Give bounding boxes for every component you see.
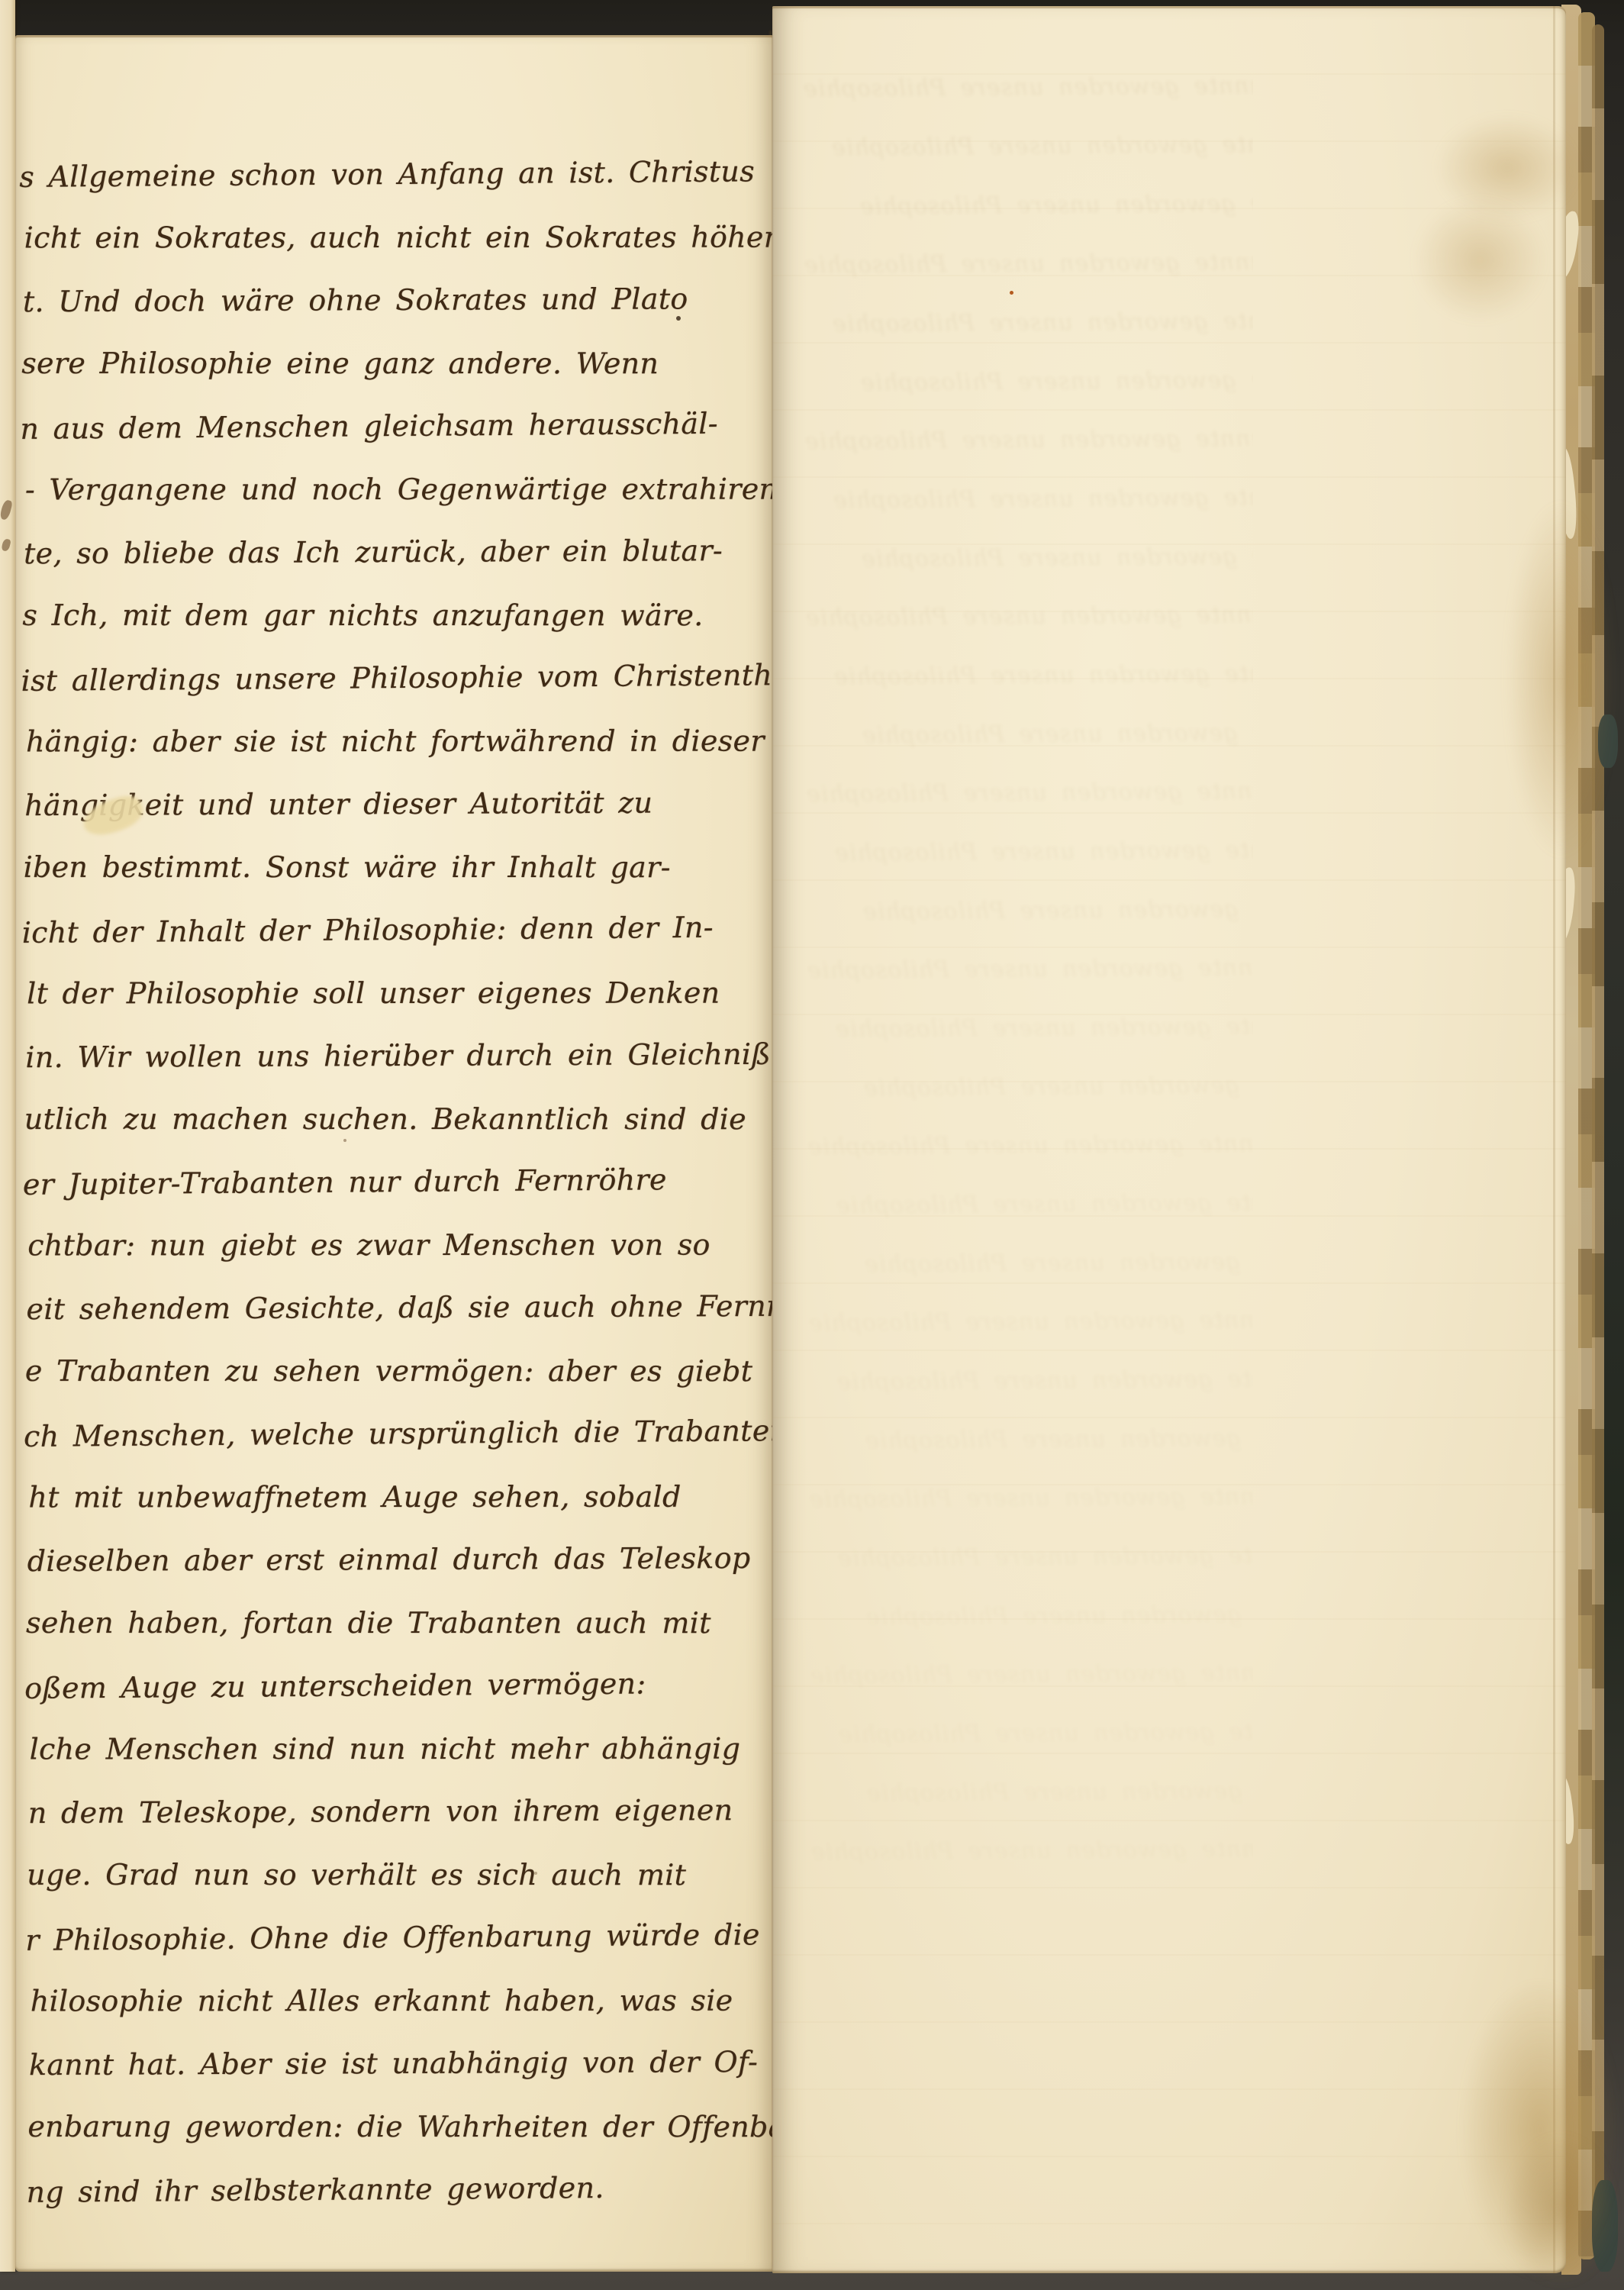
bleedthrough-line: die Wahrheiten der Offenbarung sind ihr … [836, 1185, 1253, 1219]
manuscript-line: utlich zu machen suchen. Bekanntlich sin… [24, 1101, 772, 1165]
bleedthrough-line: die Wahrheiten der Offenbarung sind ihr … [834, 832, 1253, 866]
ink-speck [1010, 291, 1013, 295]
bleedthrough-line: die Wahrheiten der Offenbarung sind ihr … [835, 1008, 1253, 1043]
manuscript-line: oßem Auge zu unterscheiden vermögen: [24, 1666, 772, 1734]
manuscript-line: hilosophie nicht Alles erkannt haben, wa… [31, 1983, 772, 2046]
manuscript-line: - Vergangene und noch Gegenwärtige extra… [25, 472, 770, 535]
bleedthrough-line: die Wahrheiten der Offenbarung sind ihr … [836, 1361, 1253, 1395]
manuscript-text-block: s Allgemeine schon von Anfang an ist. Ch… [22, 156, 772, 2237]
ink-speck [676, 316, 681, 321]
bleedthrough-line: die Wahrheiten der Offenbarung sind ihr … [862, 891, 1253, 925]
manuscript-line: iben bestimmt. Sonst wäre ihr Inhalt gar… [24, 850, 772, 913]
book-scan: die Wahrheiten der Offenbarung sind ihr … [0, 0, 1624, 2290]
bleedthrough-line: die Wahrheiten der Offenbarung sind ihr … [807, 950, 1253, 984]
manuscript-line: s Ich, mit dem gar nichts anzufangen wär… [22, 598, 770, 661]
stain [1507, 504, 1614, 855]
manuscript-line: ist allerdings unsere Philosophie vom Ch… [21, 658, 771, 727]
bleedthrough-line: die Wahrheiten der Offenbarung sind ihr … [860, 362, 1253, 396]
manuscript-line: s Allgemeine schon von Anfang an ist. Ch… [19, 154, 769, 223]
bleedthrough-line: die Wahrheiten der Offenbarung sind ihr … [831, 127, 1253, 161]
manuscript-line: n dem Teleskope, sondern von ihrem eigen… [28, 1793, 772, 1859]
bleedthrough-line: die Wahrheiten der Offenbarung sind ihr … [838, 1714, 1253, 1748]
manuscript-line: kannt hat. Aber sie ist unabhängig von d… [29, 2045, 772, 2111]
bleedthrough-line: die Wahrheiten der Offenbarung sind ihr … [804, 421, 1253, 455]
manuscript-line: enbarung geworden: die Wahrheiten der Of… [27, 2109, 772, 2172]
ink-speck [534, 1872, 537, 1875]
bleedthrough-line: die Wahrheiten der Offenbarung sind ihr … [810, 1655, 1253, 1689]
page-edge-deckle [1561, 5, 1624, 2275]
edge-crease [1553, 6, 1555, 2273]
bleedthrough-line: die Wahrheiten der Offenbarung sind ihr … [865, 1420, 1253, 1454]
bleedthrough-line: die Wahrheiten der Offenbarung sind ihr … [809, 1479, 1253, 1513]
manuscript-line: icht ein Sokrates, auch nicht ein Sokrat… [24, 220, 769, 283]
manuscript-line: n aus dem Menschen gleichsam herausschäl… [20, 406, 770, 475]
manuscript-line: lt der Philosophie soll unser eigenes De… [27, 976, 772, 1039]
ink-trace [1, 538, 11, 552]
manuscript-line: ng sind ihr selbsterkannte geworden. [26, 2169, 772, 2238]
manuscript-line: eit sehendem Gesichte, daß sie auch ohne… [26, 1289, 772, 1356]
bleedthrough-line: die Wahrheiten der Offenbarung sind ihr … [833, 656, 1253, 690]
right-blank-page: die Wahrheiten der Offenbarung sind ihr … [772, 6, 1566, 2273]
bleedthrough-line: die Wahrheiten der Offenbarung sind ihr … [862, 714, 1253, 749]
bleedthrough-line: die Wahrheiten der Offenbarung sind ihr … [807, 1126, 1253, 1160]
manuscript-line: te, so bliebe das Ich zurück, aber ein b… [24, 534, 770, 600]
manuscript-line: hängig: aber sie ist nicht fortwährend i… [26, 724, 771, 787]
bleedthrough-line: die Wahrheiten der Offenbarung sind ihr … [859, 185, 1253, 220]
bleedthrough-line: die Wahrheiten der Offenbarung sind ihr … [808, 1302, 1253, 1337]
manuscript-line: er Jupiter-Trabanten nur durch Fernröhre [23, 1162, 772, 1230]
stain [1507, 2137, 1614, 2282]
ink-trace [0, 499, 13, 521]
bleedthrough-line: die Wahrheiten der Offenbarung sind ihr … [837, 1537, 1253, 1572]
bleedthrough-line: die Wahrheiten der Offenbarung sind ihr … [804, 244, 1253, 279]
manuscript-line: t. Und doch wäre ohne Sokrates und Plato [23, 282, 769, 348]
stain [1413, 197, 1547, 323]
bleedthrough-line: die Wahrheiten der Offenbarung sind ihr … [832, 303, 1253, 337]
bleedthrough-line: die Wahrheiten der Offenbarung sind ihr … [810, 1831, 1253, 1866]
manuscript-line: chtbar: nun giebt es zwar Menschen von s… [27, 1227, 772, 1291]
bleedthrough-line: die Wahrheiten der Offenbarung sind ihr … [864, 1243, 1253, 1278]
manuscript-line: lche Menschen sind nun nicht mehr abhäng… [30, 1731, 772, 1795]
manuscript-line: dieselben aber erst einmal durch das Tel… [27, 1541, 772, 1608]
manuscript-line: uge. Grad nun so verhält es sich auch mi… [27, 1857, 772, 1921]
manuscript-line: ht mit unbewaffnetem Auge sehen, sobald [28, 1479, 772, 1543]
manuscript-line: ch Menschen, welche ursprünglich die Tra… [24, 1414, 772, 1482]
manuscript-line: icht der Inhalt der Philosophie: denn de… [22, 910, 772, 979]
bleedthrough-line: die Wahrheiten der Offenbarung sind ihr … [803, 72, 1253, 102]
bleedthrough-line: die Wahrheiten der Offenbarung sind ihr … [865, 1596, 1253, 1630]
bleedthrough-line: die Wahrheiten der Offenbarung sind ihr … [806, 773, 1253, 808]
bleedthrough-line: die Wahrheiten der Offenbarung sind ihr … [805, 597, 1253, 631]
bleedthrough-line: die Wahrheiten der Offenbarung sind ihr … [861, 538, 1253, 572]
bleedthrough-line: die Wahrheiten der Offenbarung sind ihr … [863, 1067, 1253, 1101]
bleedthrough-line: die Wahrheiten der Offenbarung sind ihr … [866, 1772, 1253, 1807]
bleedthrough-line: die Wahrheiten der Offenbarung sind ihr … [833, 479, 1253, 514]
manuscript-line: r Philosophie. Ohne die Offenbarung würd… [25, 1917, 772, 1986]
left-manuscript-page: s Allgemeine schon von Anfang an ist. Ch… [15, 35, 772, 2272]
underlying-page-sliver [0, 0, 15, 2272]
manuscript-line: sehen haben, fortan die Trabanten auch m… [26, 1605, 772, 1669]
deckle-layer [1592, 24, 1604, 2227]
bleedthrough-text-column: die Wahrheiten der Offenbarung sind ihr … [795, 72, 1253, 1950]
manuscript-line: sere Philosophie eine ganz andere. Wenn [21, 346, 769, 409]
ink-speck [343, 1139, 346, 1142]
manuscript-line: e Trabanten zu sehen vermögen: aber es g… [25, 1353, 772, 1417]
manuscript-line: in. Wir wollen uns hierüber durch ein Gl… [25, 1037, 772, 1104]
